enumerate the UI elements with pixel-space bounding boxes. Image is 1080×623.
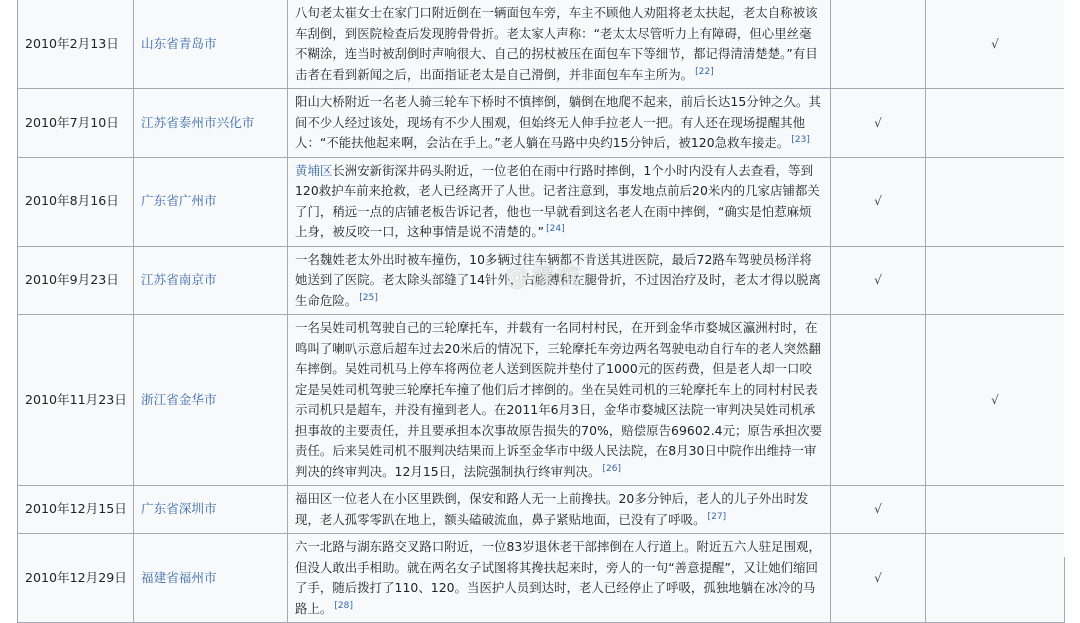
date-cell: 2010年2月13日 xyxy=(18,0,134,89)
check-cell-b xyxy=(926,246,1065,315)
location-cell: 福建省福州市 xyxy=(134,534,288,558)
check-cell-b xyxy=(926,534,1065,558)
location-cell: 广东省广州市 xyxy=(134,157,288,246)
description-cell: 一名吴姓司机驾驶自己的三轮摩托车，并载有一名同村村民，在开到金华市婺城区瀛洲村时… xyxy=(288,315,831,486)
check-cell-a: √ xyxy=(831,246,926,315)
date-cell: 2010年7月10日 xyxy=(18,89,134,158)
check-cell-b xyxy=(926,486,1065,534)
description-cell: 一名魏姓老太外出时被车撞伤，10多辆过往车辆都不肯送其进医院，最后72路车驾驶员… xyxy=(288,246,831,315)
date-cell: 2010年12月29日 xyxy=(18,534,134,558)
date-cell: 2010年8月16日 xyxy=(18,157,134,246)
check-cell-b: √ xyxy=(926,0,1065,89)
district-link[interactable]: 黄埔区 xyxy=(295,163,332,178)
table-container: 2010年2月13日 山东省青岛市 八旬老太崔女士在家门口附近倒在一辆面包车旁，… xyxy=(17,0,1064,557)
check-cell-b xyxy=(926,157,1065,246)
table-row: 2010年12月29日 福建省福州市 六一北路与湖东路交叉路口附近，一位83岁退… xyxy=(18,534,1065,558)
location-link[interactable]: 山东省青岛市 xyxy=(141,36,217,51)
check-cell-a xyxy=(831,0,926,89)
reference-link[interactable]: [26] xyxy=(602,464,621,474)
description-cell: 黄埔区长洲安新街深井码头附近，一位老伯在雨中行路时摔倒，1个小时内没有人去查看，… xyxy=(288,157,831,246)
description-text: 一名吴姓司机驾驶自己的三轮摩托车，并载有一名同村村民，在开到金华市婺城区瀛洲村时… xyxy=(295,320,822,479)
description-text: 八旬老太崔女士在家门口附近倒在一辆面包车旁，车主不顾他人劝阻将老太扶起，老太自称… xyxy=(295,5,818,82)
reference-link[interactable]: [24] xyxy=(546,224,565,234)
description-text: 福田区一位老人在小区里跌倒，保安和路人无一上前搀扶。20多分钟后，老人的儿子外出… xyxy=(295,491,809,527)
table-row: 2010年9月23日 江苏省南京市 一名魏姓老太外出时被车撞伤，10多辆过往车辆… xyxy=(18,246,1065,315)
location-link[interactable]: 广东省深圳市 xyxy=(141,501,217,516)
description-cell: 阳山大桥附近一名老人骑三轮车下桥时不慎摔倒，躺倒在地爬不起来，前后长达15分钟之… xyxy=(288,89,831,158)
check-cell-a: √ xyxy=(831,534,926,558)
location-cell: 广东省深圳市 xyxy=(134,486,288,534)
table-row: 2010年7月10日 江苏省泰州市兴化市 阳山大桥附近一名老人骑三轮车下桥时不慎… xyxy=(18,89,1065,158)
incidents-table: 2010年2月13日 山东省青岛市 八旬老太崔女士在家门口附近倒在一辆面包车旁，… xyxy=(17,0,1065,557)
description-cell: 六一北路与湖东路交叉路口附近，一位83岁退休老干部摔倒在人行道上。附近五六人驻足… xyxy=(288,534,831,558)
check-cell-b: √ xyxy=(926,315,1065,486)
table-row: 2010年8月16日 广东省广州市 黄埔区长洲安新街深井码头附近，一位老伯在雨中… xyxy=(18,157,1065,246)
table-row: 2010年11月23日 浙江省金华市 一名吴姓司机驾驶自己的三轮摩托车，并载有一… xyxy=(18,315,1065,486)
reference-link[interactable]: [25] xyxy=(359,293,378,303)
location-link[interactable]: 浙江省金华市 xyxy=(141,392,217,407)
check-cell-a: √ xyxy=(831,89,926,158)
location-cell: 浙江省金华市 xyxy=(134,315,288,486)
reference-link[interactable]: [23] xyxy=(791,135,810,145)
check-cell-a: √ xyxy=(831,486,926,534)
reference-link[interactable]: [22] xyxy=(695,67,714,77)
description-text: 六一北路与湖东路交叉路口附近，一位83岁退休老干部摔倒在人行道上。附近五六人驻足… xyxy=(295,539,821,557)
date-cell: 2010年12月15日 xyxy=(18,486,134,534)
reference-link[interactable]: [27] xyxy=(708,512,727,522)
location-cell: 江苏省南京市 xyxy=(134,246,288,315)
table-row: 2010年2月13日 山东省青岛市 八旬老太崔女士在家门口附近倒在一辆面包车旁，… xyxy=(18,0,1065,89)
table-row: 2010年12月15日 广东省深圳市 福田区一位老人在小区里跌倒，保安和路人无一… xyxy=(18,486,1065,534)
date-cell: 2010年9月23日 xyxy=(18,246,134,315)
date-cell: 2010年11月23日 xyxy=(18,315,134,486)
location-cell: 江苏省泰州市兴化市 xyxy=(134,89,288,158)
description-cell: 八旬老太崔女士在家门口附近倒在一辆面包车旁，车主不顾他人劝阻将老太扶起，老太自称… xyxy=(288,0,831,89)
description-cell: 福田区一位老人在小区里跌倒，保安和路人无一上前搀扶。20多分钟后，老人的儿子外出… xyxy=(288,486,831,534)
location-link[interactable]: 江苏省南京市 xyxy=(141,272,217,287)
check-cell-a: √ xyxy=(831,157,926,246)
location-cell: 山东省青岛市 xyxy=(134,0,288,89)
check-cell-a xyxy=(831,315,926,486)
check-cell-b xyxy=(926,89,1065,158)
location-link[interactable]: 江苏省泰州市兴化市 xyxy=(141,115,254,130)
description-text: 阳山大桥附近一名老人骑三轮车下桥时不慎摔倒，躺倒在地爬不起来，前后长达15分钟之… xyxy=(295,94,821,150)
location-link[interactable]: 广东省广州市 xyxy=(141,193,217,208)
page-margin xyxy=(1064,0,1080,557)
